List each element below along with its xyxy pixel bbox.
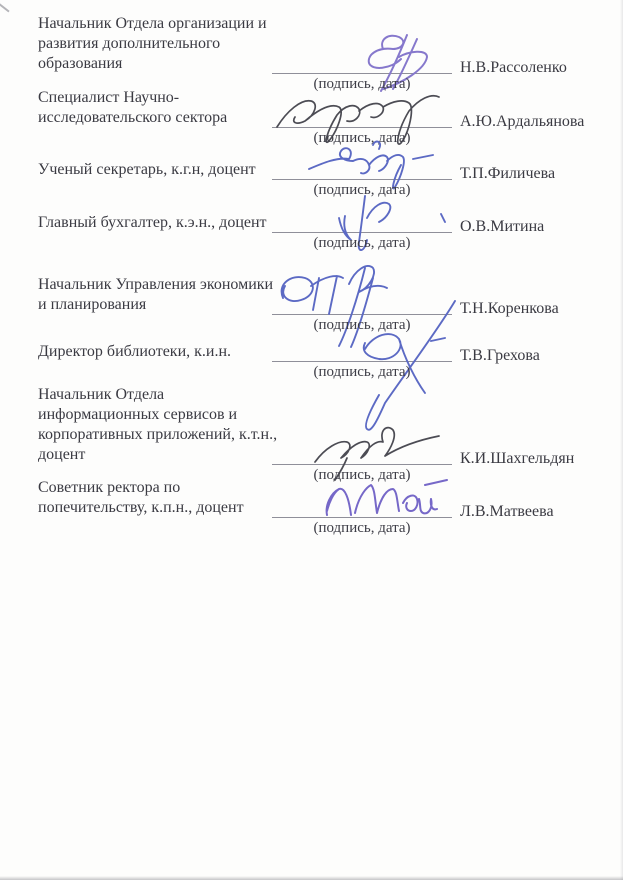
role-title: Ученый секретарь, к.г.н, доцент <box>38 160 288 180</box>
signatory-name: О.В.Митина <box>460 217 544 237</box>
scan-corner-artifact <box>0 1 10 12</box>
scanned-signature-page: Начальник Отдела организации и развития … <box>0 0 623 880</box>
role-title: Начальник Управления экономики и планиро… <box>38 275 288 315</box>
signature-row: Начальник Управления экономики и планиро… <box>38 275 623 315</box>
signature-caption: (подпись, дата) <box>272 363 452 381</box>
signature-line: (подпись, дата) <box>272 314 452 315</box>
signatory-name: Т.П.Филичева <box>460 164 555 184</box>
signature-row: Советник ректора по попечительству, к.п.… <box>38 478 623 518</box>
signature-line: (подпись, дата) <box>272 127 452 128</box>
role-title: Главный бухгалтер, к.э.н., доцент <box>38 213 288 233</box>
signatory-name: Н.В.Рассоленко <box>460 58 567 78</box>
signature-line: (подпись, дата) <box>272 361 452 362</box>
signature-row: Директор библиотеки, к.и.н. (подпись, да… <box>38 342 623 362</box>
signature-row: Специалист Научно- исследовательского се… <box>38 88 623 128</box>
signatory-name: Т.Н.Коренкова <box>460 299 559 319</box>
scan-edge-bottom <box>0 876 623 880</box>
role-title: Советник ректора по попечительству, к.п.… <box>38 478 288 518</box>
signature-row: Начальник Отдела организации и развития … <box>38 14 623 74</box>
signature-caption: (подпись, дата) <box>272 234 452 252</box>
role-title: Начальник Отдела организации и развития … <box>38 14 288 74</box>
signature-line: (подпись, дата) <box>272 464 452 465</box>
signature-caption: (подпись, дата) <box>272 519 452 537</box>
signature-line: (подпись, дата) <box>272 73 452 74</box>
signatory-name: А.Ю.Ардальянова <box>460 112 584 132</box>
signature-caption: (подпись, дата) <box>272 316 452 334</box>
signature-row: Начальник Отдела информационных сервисов… <box>38 385 623 465</box>
signature-caption: (подпись, дата) <box>272 181 452 199</box>
signature-row: Ученый секретарь, к.г.н, доцент (подпись… <box>38 160 623 180</box>
role-title: Директор библиотеки, к.и.н. <box>38 342 288 362</box>
signature-caption: (подпись, дата) <box>272 129 452 147</box>
role-title: Начальник Отдела информационных сервисов… <box>38 385 288 465</box>
signatory-name: К.И.Шахгельдян <box>460 449 574 469</box>
signature-row: Главный бухгалтер, к.э.н., доцент (подпи… <box>38 213 623 233</box>
signature-ink <box>267 234 467 354</box>
signature-line: (подпись, дата) <box>272 517 452 518</box>
signatory-name: Т.В.Грехова <box>460 346 540 366</box>
signature-line: (подпись, дата) <box>272 179 452 180</box>
role-title: Специалист Научно- исследовательского се… <box>38 88 288 128</box>
signatory-name: Л.В.Матвеева <box>460 502 554 522</box>
signature-line: (подпись, дата) <box>272 232 452 233</box>
